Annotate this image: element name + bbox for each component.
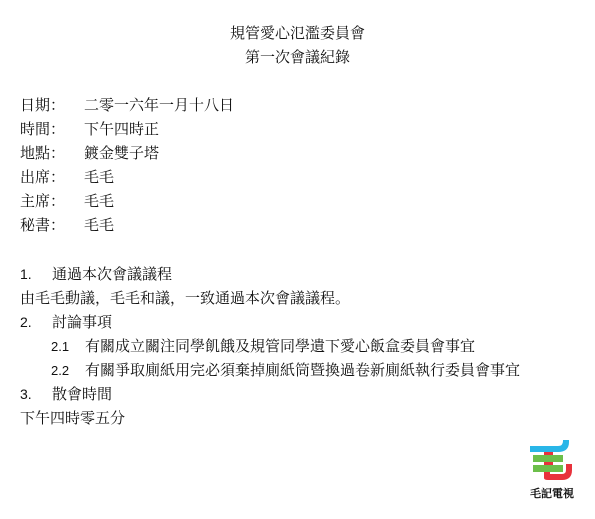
info-row-time: 時間：下午四時正 [20,118,159,140]
agenda-item-3-note: 下午四時零五分 [20,407,125,429]
agenda-item-1: 1.通過本次會議議程 [20,263,172,285]
agenda-subitem-text: 有關成立關注同學飢餓及規管同學遺下愛心飯盒委員會事宜 [85,337,475,355]
info-row-secretary: 秘書：毛毛 [20,214,114,236]
agenda-number: 3. [20,383,52,405]
info-value: 毛毛 [84,214,114,236]
info-value: 下午四時正 [84,118,159,140]
info-label: 主席： [20,190,84,212]
agenda-number: 2. [20,311,52,333]
info-label: 地點： [20,142,84,164]
info-row-attendees: 出席：毛毛 [20,166,114,188]
agenda-subitem-2-1: 2.1有關成立關注同學飢餓及規管同學遺下愛心飯盒委員會事宜 [51,335,475,357]
info-label: 時間： [20,118,84,140]
mao-kee-tv-logo-icon [528,440,574,480]
info-row-location: 地點：鍍金雙子塔 [20,142,159,164]
info-value: 鍍金雙子塔 [84,142,159,164]
agenda-item-1-note: 由毛毛動議，毛毛和議，一致通過本次會議議程。 [20,287,350,309]
info-value: 毛毛 [84,190,114,212]
info-row-date: 日期：二零一六年一月十八日 [20,94,234,116]
info-label: 秘書： [20,214,84,236]
info-row-chair: 主席：毛毛 [20,190,114,212]
info-value: 二零一六年一月十八日 [84,94,234,116]
logo-caption: 毛記電視 [522,485,582,501]
agenda-number: 1. [20,263,52,285]
agenda-heading: 討論事項 [52,313,112,331]
info-label: 出席： [20,166,84,188]
agenda-subitem-text: 有關爭取廁紙用完必須棄掉廁紙筒暨換過卷新廁紙執行委員會事宜 [85,361,520,379]
agenda-item-2: 2.討論事項 [20,311,112,333]
agenda-subitem-2-2: 2.2有關爭取廁紙用完必須棄掉廁紙筒暨換過卷新廁紙執行委員會事宜 [51,359,520,381]
agenda-subnumber: 2.1 [51,336,85,358]
info-value: 毛毛 [84,166,114,188]
info-label: 日期： [20,94,84,116]
agenda-heading: 通過本次會議議程 [52,265,172,283]
agenda-item-3: 3.散會時間 [20,383,112,405]
agenda-heading: 散會時間 [52,385,112,403]
agenda-subnumber: 2.2 [51,360,85,382]
document-title: 規管愛心氾濫委員會 [0,23,595,43]
document-subtitle: 第一次會議紀錄 [0,47,595,67]
